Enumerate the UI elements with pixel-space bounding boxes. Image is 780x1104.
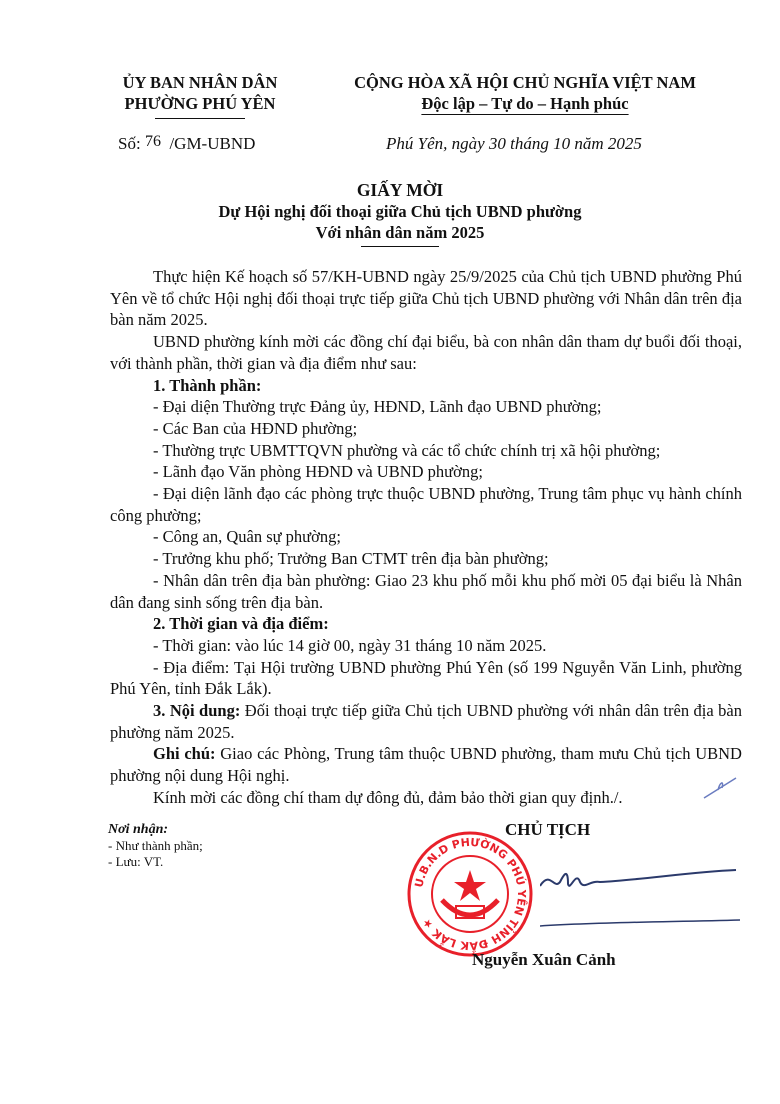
- list-item: - Thời gian: vào lúc 14 giờ 00, ngày 31 …: [110, 635, 742, 657]
- section3-paragraph: 3. Nội dung: Đối thoại trực tiếp giữa Ch…: [110, 700, 742, 743]
- doc-number-value: 76: [145, 133, 161, 150]
- org-name-line1: ỦY BAN NHÂN DÂN: [100, 72, 300, 93]
- recipients-label: Nơi nhận:: [108, 822, 203, 838]
- signature-icon: [540, 860, 740, 940]
- closing-paragraph: Kính mời các đồng chí tham dự đông đủ, đ…: [110, 787, 742, 809]
- org-underline: [155, 118, 245, 119]
- national-header: CỘNG HÒA XÃ HỘI CHỦ NGHĨA VIỆT NAM Độc l…: [330, 72, 720, 114]
- recipient-item: - Như thành phần;: [108, 838, 203, 854]
- official-stamp-icon: U.B.N.D PHƯỜNG PHÚ YÊN TỈNH ĐẮK LẮK ★: [406, 830, 534, 958]
- list-item: - Lãnh đạo Văn phòng HĐND và UBND phường…: [110, 461, 742, 483]
- title-underline: [361, 246, 439, 247]
- list-item: - Trưởng khu phố; Trưởng Ban CTMT trên đ…: [110, 548, 742, 570]
- list-item: - Nhân dân trên địa bàn phường: Giao 23 …: [110, 570, 742, 613]
- title-sub1: Dự Hội nghị đối thoại giữa Chủ tịch UBND…: [150, 201, 650, 222]
- initial-mark-icon: [700, 772, 740, 802]
- intro-paragraph: Thực hiện Kế hoạch số 57/KH-UBND ngày 25…: [110, 266, 742, 331]
- recipient-item: - Lưu: VT.: [108, 854, 203, 870]
- signer-name: Nguyễn Xuân Cảnh: [472, 950, 616, 970]
- section1-title: 1. Thành phần:: [110, 375, 742, 397]
- recipients-block: Nơi nhận: - Như thành phần; - Lưu: VT.: [108, 822, 203, 870]
- section2-title: 2. Thời gian và địa điểm:: [110, 613, 742, 635]
- title-sub2: Với nhân dân năm 2025: [150, 222, 650, 243]
- list-item: - Địa điểm: Tại Hội trường UBND phường P…: [110, 657, 742, 700]
- document-body: Thực hiện Kế hoạch số 57/KH-UBND ngày 25…: [110, 266, 742, 809]
- list-item: - Thường trực UBMTTQVN phường và các tổ …: [110, 440, 742, 462]
- list-item: - Công an, Quân sự phường;: [110, 526, 742, 548]
- nation-name: CỘNG HÒA XÃ HỘI CHỦ NGHĨA VIỆT NAM: [330, 72, 720, 93]
- list-item: - Đại diện lãnh đạo các phòng trực thuộc…: [110, 483, 742, 526]
- document-title: GIẤY MỜI Dự Hội nghị đối thoại giữa Chủ …: [150, 180, 650, 247]
- place-date: Phú Yên, ngày 30 tháng 10 năm 2025: [386, 134, 642, 154]
- org-name-line2: PHƯỜNG PHÚ YÊN: [100, 93, 300, 114]
- list-item: - Các Ban của HĐND phường;: [110, 418, 742, 440]
- nation-motto: Độc lập – Tự do – Hạnh phúc: [330, 93, 720, 114]
- issuing-organization: ỦY BAN NHÂN DÂN PHƯỜNG PHÚ YÊN: [100, 72, 300, 119]
- invite-paragraph: UBND phường kính mời các đồng chí đại bi…: [110, 331, 742, 374]
- note-paragraph: Ghi chú: Giao các Phòng, Trung tâm thuộc…: [110, 743, 742, 786]
- title-main: GIẤY MỜI: [150, 180, 650, 201]
- svg-text:U.B.N.D PHƯỜNG PHÚ YÊN TỈNH ĐẮ: U.B.N.D PHƯỜNG PHÚ YÊN TỈNH ĐẮK LẮK ★: [412, 836, 528, 954]
- document-number: Số: 76 /GM-UBND: [118, 134, 255, 154]
- list-item: - Đại diện Thường trực Đảng ủy, HĐND, Lã…: [110, 396, 742, 418]
